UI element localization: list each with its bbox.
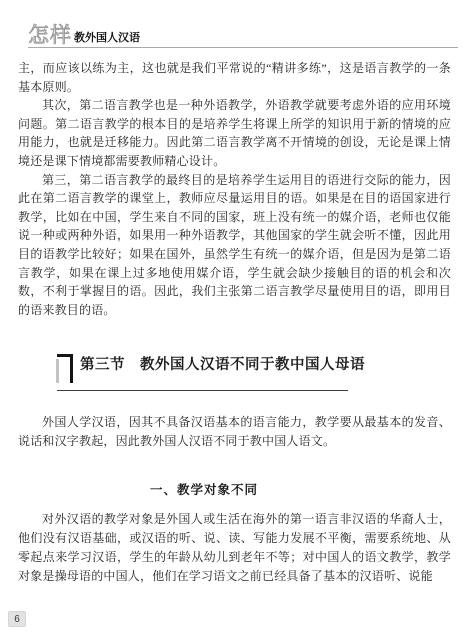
subsection-text-block: 对外汉语的教学对象是外国人或生活在海外的第一语言非汉语的华裔人士，他们没有汉语基… — [18, 510, 451, 586]
section-intro-block: 外国人学汉语，因其不具备汉语基本的语言能力，教学要从最基本的发音、说话和汉字教起… — [18, 413, 451, 450]
subsection-heading-text: 一、教学对象不同 — [150, 480, 258, 498]
book-title: 教外国人汉语 — [74, 31, 140, 46]
section-heading-block: 第三节 教外国人汉语不同于教中国人母语 — [57, 353, 348, 391]
section-bracket-icon — [57, 354, 73, 383]
paragraph: 其次，第二语言教学也是一种外语教学，外语教学就要考虑外语的应用环境问题。第二语言… — [18, 96, 451, 170]
page-number: 6 — [8, 611, 26, 627]
paragraph: 对外汉语的教学对象是外国人或生活在海外的第一语言非汉语的华裔人士，他们没有汉语基… — [18, 510, 451, 586]
section-heading-text: 第三节 教外国人汉语不同于教中国人母语 — [80, 353, 365, 378]
page-header: 怎样 教外国人汉语 — [28, 24, 458, 48]
paragraph: 外国人学汉语，因其不具备汉语基本的语言能力，教学要从最基本的发音、说话和汉字教起… — [18, 413, 451, 450]
paragraph-continuation: 主，而应该以练为主，这也就是我们平常说的“精讲多练”，这是语言教学的一条基本原则… — [18, 59, 451, 96]
book-page: 怎样 教外国人汉语 主，而应该以练为主，这也就是我们平常说的“精讲多练”，这是语… — [0, 0, 467, 637]
paragraph: 第三，第二语言教学的最终目的是培养学生运用目的语进行交际的能力，因此在第二语言教… — [18, 171, 451, 320]
body-text-block: 主，而应该以练为主，这也就是我们平常说的“精讲多练”，这是语言教学的一条基本原则… — [18, 59, 451, 319]
book-title-stylized: 怎样 — [28, 24, 72, 46]
